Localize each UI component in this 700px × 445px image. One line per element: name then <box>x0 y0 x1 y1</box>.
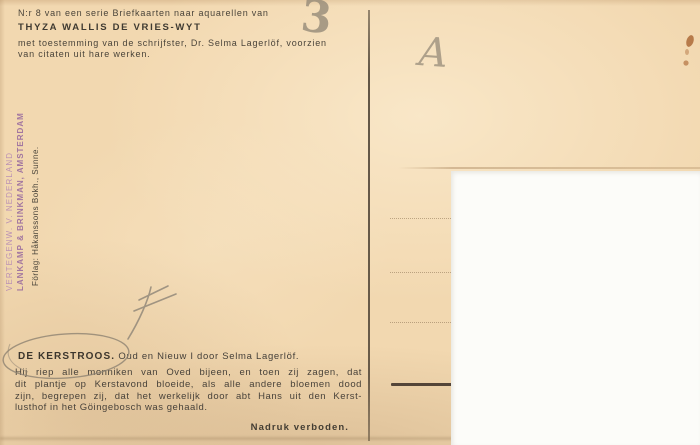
excerpt-body: Hij riep alle monniken van Oved bijeen, … <box>15 367 362 414</box>
distributor-stamp: VERTEGENW. V. NEDERLAND LANKAMP & BRINKM… <box>4 53 26 291</box>
quote-excerpt: DE KERSTROOS. Oud en Nieuw I door Selma … <box>15 351 362 414</box>
publisher-imprint: Förlag: Håkanssons Bokh., Sunne. <box>31 81 40 286</box>
distributor-stamp-line2: LANKAMP & BRINKMAN, AMSTERDAM <box>15 53 26 291</box>
address-dotted-line-2 <box>390 272 453 273</box>
bottom-edge-smudge <box>0 437 456 440</box>
permission-line-2: van citaten uit hare werken. <box>18 49 327 60</box>
permission-line: met toestemming van de schrijfster, Dr. … <box>18 38 327 49</box>
excerpt-body-line: Hij riep alle monniken van Oved bijeen, … <box>15 367 362 379</box>
address-dotted-line-3 <box>390 322 453 323</box>
handwritten-number: 3 <box>298 0 334 44</box>
artist-name: THYZA WALLIS DE VRIES-WYT <box>18 22 327 33</box>
paper-crease-line <box>398 167 700 169</box>
series-number-line: N:r 8 van een serie Briefkaarten naar aq… <box>18 8 327 18</box>
stain-spot <box>683 34 695 65</box>
address-rule-dark <box>391 383 453 386</box>
excerpt-title-rest: Oud en Nieuw I door Selma Lagerlöf. <box>115 351 299 362</box>
scanned-postcard-image: N:r 8 van een serie Briefkaarten naar aq… <box>0 0 700 445</box>
white-overlay-sheet <box>451 171 700 445</box>
series-header: N:r 8 van een serie Briefkaarten naar aq… <box>18 8 327 60</box>
postcard-back: N:r 8 van een serie Briefkaarten naar aq… <box>0 0 700 445</box>
pencil-f-mark <box>128 286 176 339</box>
address-divider-line <box>368 10 370 441</box>
excerpt-title-bold: DE KERSTROOS. <box>18 351 115 362</box>
excerpt-body-line: lusthof in het Göingebosch was gehaald. <box>15 402 362 414</box>
handwritten-letter: A <box>417 29 449 77</box>
address-dotted-line-1 <box>390 218 453 219</box>
excerpt-body-line: dit plantje op Kerstavond bloeide, als a… <box>15 379 362 391</box>
excerpt-body-line: zijn, begrepen zij, dat het werkelijk do… <box>15 391 362 403</box>
excerpt-title: DE KERSTROOS. Oud en Nieuw I door Selma … <box>15 351 362 363</box>
copyright-notice: Nadruk verboden. <box>0 422 349 433</box>
distributor-stamp-line1: VERTEGENW. V. NEDERLAND <box>4 53 15 291</box>
